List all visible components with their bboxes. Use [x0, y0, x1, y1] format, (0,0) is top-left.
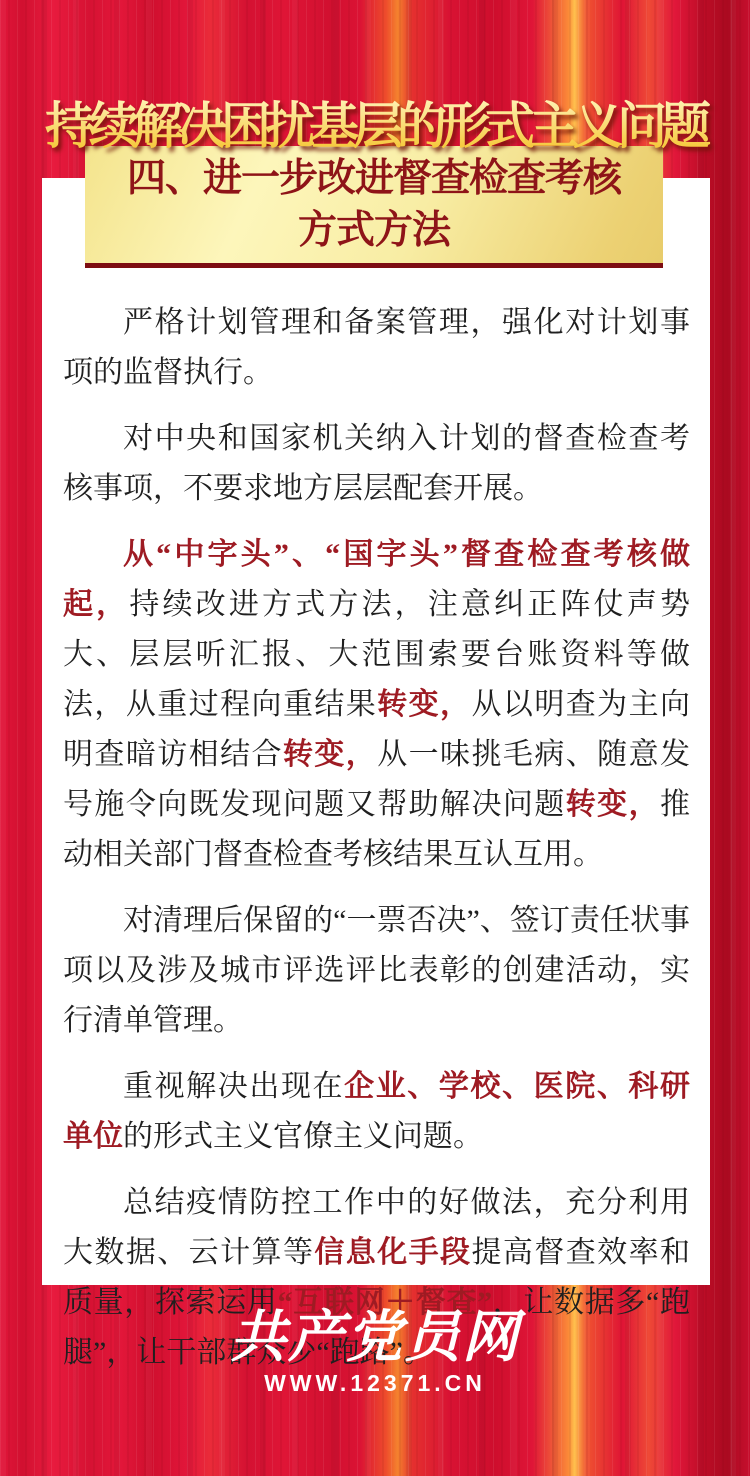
- body-text: 的形式主义官僚主义问题。: [123, 1120, 483, 1153]
- paragraph: 对清理后保留的“一票否决”、签订责任状事项以及涉及城市评选评比表彰的创建活动，实…: [63, 896, 690, 1046]
- highlighted-text: 转变，: [283, 738, 377, 771]
- section-banner: 四、进一步改进督查检查考核 方式方法: [85, 146, 663, 263]
- party-member-network-logo: 共产党员网: [0, 1308, 750, 1368]
- paragraph: 严格计划管理和备案管理，强化对计划事项的监督执行。: [63, 298, 690, 398]
- section-banner-line-1: 四、进一步改进督查检查考核: [127, 153, 621, 205]
- website-url: WWW.12371.CN: [0, 1370, 750, 1397]
- section-banner-line-2: 方式方法: [298, 205, 450, 257]
- footer: 共产党员网 WWW.12371.CN: [0, 1308, 750, 1397]
- body-text: 对中央和国家机关纳入计划的督查检查考核事项，不要求地方层层配套开展。: [63, 422, 690, 505]
- highlighted-text: 转变，: [566, 788, 660, 821]
- body-text: 重视解决出现在: [123, 1070, 344, 1103]
- body-text: 对清理后保留的“一票否决”、签订责任状事项以及涉及城市评选评比表彰的创建活动，实…: [63, 904, 690, 1037]
- highlighted-text: 转变，: [377, 688, 471, 721]
- paragraph: 重视解决出现在企业、学校、医院、科研单位的形式主义官僚主义问题。: [63, 1062, 690, 1162]
- article: 严格计划管理和备案管理，强化对计划事项的监督执行。对中央和国家机关纳入计划的督查…: [42, 178, 710, 1394]
- body-text: 严格计划管理和备案管理，强化对计划事项的监督执行。: [63, 306, 690, 389]
- content-card: 严格计划管理和备案管理，强化对计划事项的监督执行。对中央和国家机关纳入计划的督查…: [42, 178, 710, 1285]
- page-title: 持续解决困扰基层的形式主义问题: [0, 86, 750, 158]
- paragraph: 对中央和国家机关纳入计划的督查检查考核事项，不要求地方层层配套开展。: [63, 414, 690, 514]
- highlighted-text: 信息化手段: [314, 1236, 471, 1269]
- poster: { "theme": { "bg_base": "#e1163a", "titl…: [0, 0, 750, 1476]
- paragraph: 从“中字头”、“国字头”督查检查考核做起，持续改进方式方法，注意纠正阵仗声势大、…: [63, 530, 690, 880]
